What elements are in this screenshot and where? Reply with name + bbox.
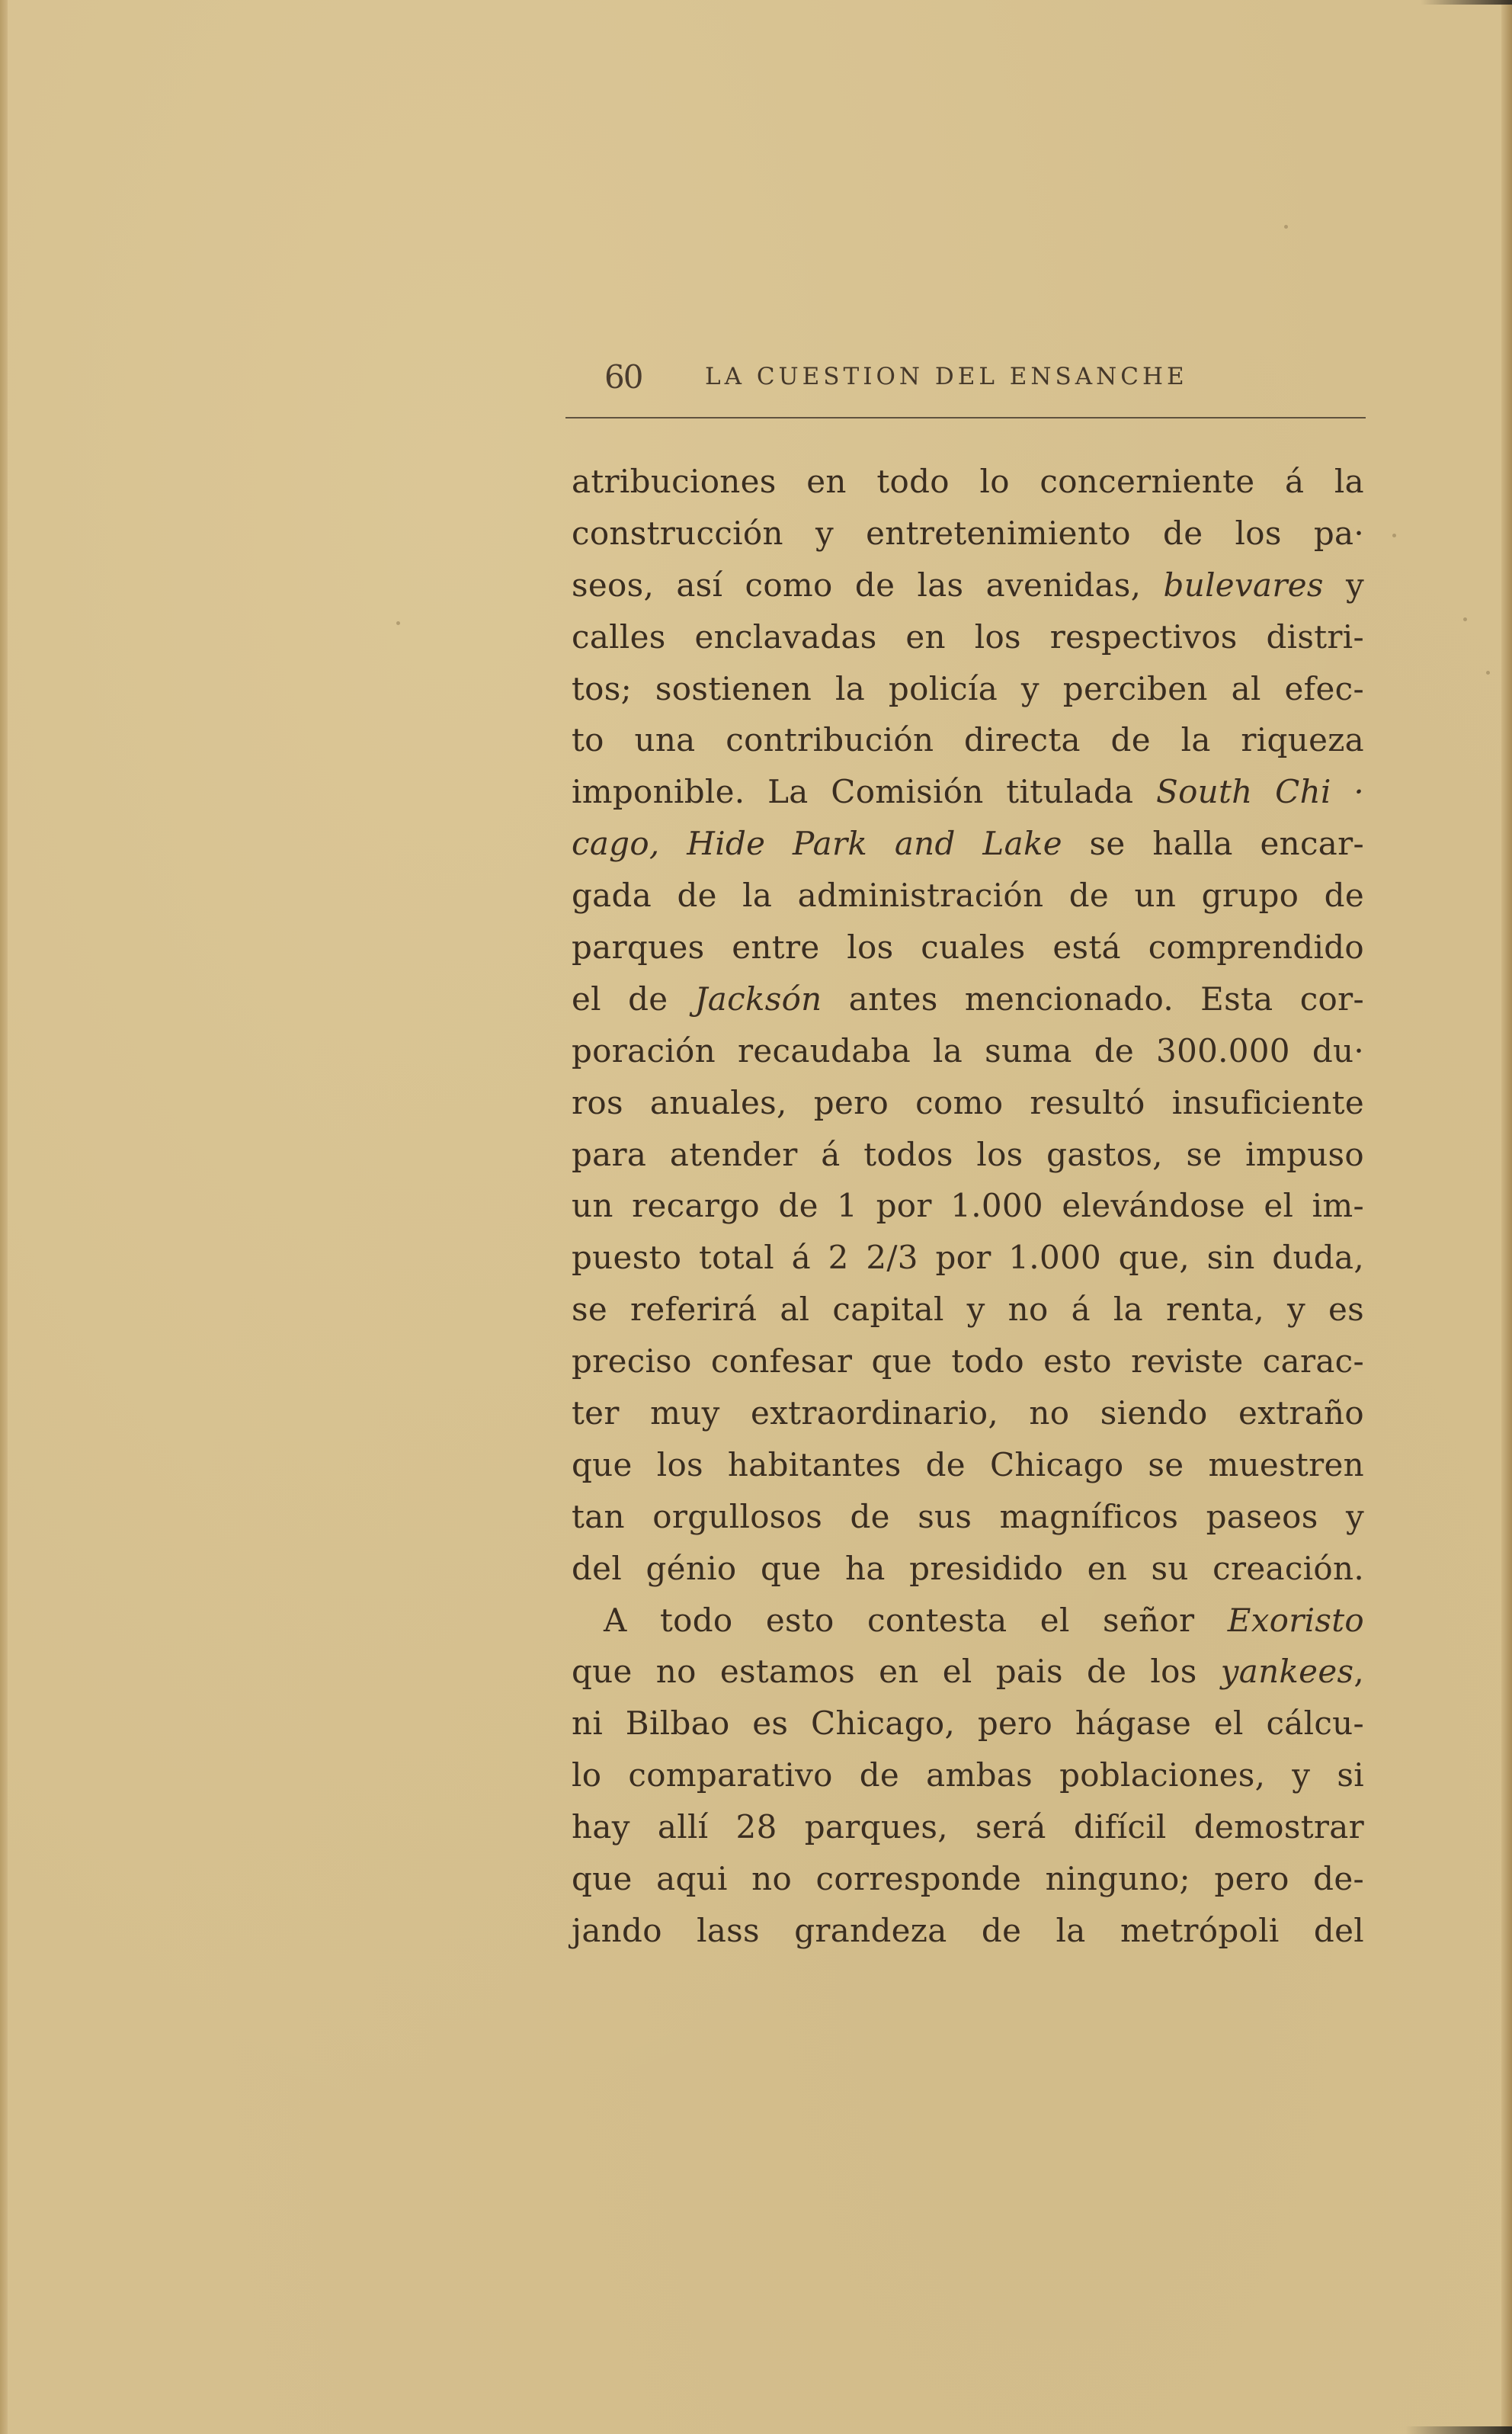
text-segment: tan orgullosos de sus magníficos paseos … <box>572 1498 1364 1535</box>
text-segment: ros anuales, pero como resultó insuficie… <box>572 1084 1364 1121</box>
text-segment: ni Bilbao es Chicago, pero hágase el cál… <box>572 1704 1364 1742</box>
text-segment: para atender á todos los gastos, se impu… <box>572 1136 1364 1173</box>
text-segment: que aqui no corresponde ninguno; pero de… <box>572 1860 1364 1897</box>
text-line: jando lass grandeza de la metrópoli del <box>572 1905 1364 1957</box>
text-segment: el de <box>572 980 695 1018</box>
text-line: tos; sostienen la policía y perciben al … <box>572 663 1364 715</box>
body-text: atribuciones en todo lo concerniente á l… <box>572 456 1364 1957</box>
text-segment: jando lass grandeza de la metrópoli del <box>572 1912 1364 1949</box>
text-line: A todo esto contesta el señor Exoristo <box>572 1595 1364 1647</box>
text-line: un recargo de 1 por 1.000 elevándose el … <box>572 1180 1364 1232</box>
header-rule <box>565 417 1366 418</box>
text-segment: tos; sostienen la policía y perciben al … <box>572 670 1364 707</box>
text-segment: A todo esto contesta el señor <box>604 1602 1228 1639</box>
text-line: tan orgullosos de sus magníficos paseos … <box>572 1491 1364 1543</box>
scan-shadow-bottom <box>1405 2426 1512 2434</box>
text-line: para atender á todos los gastos, se impu… <box>572 1129 1364 1181</box>
text-line: ter muy extraordinario, no siendo extrañ… <box>572 1387 1364 1439</box>
text-line: ros anuales, pero como resultó insuficie… <box>572 1077 1364 1129</box>
running-head-title: LA CUESTION DEL ENSANCHE <box>705 363 1188 390</box>
paper-speck <box>1284 225 1288 229</box>
text-segment: hay allí 28 parques, será difícil demost… <box>572 1808 1364 1846</box>
italic-text: Jacksón <box>695 980 822 1018</box>
text-segment: calles enclavadas en los respectivos dis… <box>572 618 1364 656</box>
text-line: to una contribución directa de la riquez… <box>572 714 1364 766</box>
text-segment: ter muy extraordinario, no siendo extrañ… <box>572 1394 1364 1432</box>
text-line: cago, Hide Park and Lake se halla encar- <box>572 818 1364 870</box>
text-line: preciso confesar que todo esto reviste c… <box>572 1336 1364 1387</box>
text-segment: se halla encar- <box>1062 825 1364 862</box>
text-segment: y <box>1324 566 1364 604</box>
text-segment: seos, así como de las avenidas, <box>572 566 1164 604</box>
italic-text: South Chi · <box>1156 773 1364 810</box>
text-segment: se referirá al capital y no á la renta, … <box>572 1291 1364 1328</box>
text-line: ni Bilbao es Chicago, pero hágase el cál… <box>572 1698 1364 1749</box>
paper-speck <box>1463 617 1467 621</box>
italic-text: yankees <box>1221 1653 1354 1690</box>
text-segment: preciso confesar que todo esto reviste c… <box>572 1342 1364 1380</box>
text-line: seos, así como de las avenidas, bulevare… <box>572 560 1364 611</box>
paper-speck <box>1486 671 1490 675</box>
text-line: que no estamos en el pais de los yankees… <box>572 1646 1364 1698</box>
text-segment: poración recaudaba la suma de 300.000 du… <box>572 1032 1364 1069</box>
running-head: 60 LA CUESTION DEL ENSANCHE <box>604 358 1366 404</box>
text-segment: del génio que ha presidido en su creació… <box>572 1550 1364 1587</box>
paper-speck <box>1392 534 1396 537</box>
text-segment: to una contribución directa de la riquez… <box>572 721 1364 758</box>
text-segment: antes mencionado. Esta cor- <box>822 980 1365 1018</box>
text-line: puesto total á 2 2/3 por 1.000 que, sin … <box>572 1232 1364 1284</box>
text-segment: construcción y entretenimiento de los pa… <box>572 515 1364 552</box>
page-number: 60 <box>604 358 642 396</box>
text-line: construcción y entretenimiento de los pa… <box>572 508 1364 560</box>
text-line: se referirá al capital y no á la renta, … <box>572 1284 1364 1336</box>
paper-speck <box>396 621 400 625</box>
text-segment: parques entre los cuales está comprendid… <box>572 928 1364 966</box>
text-segment: que no estamos en el pais de los <box>572 1653 1221 1690</box>
text-line: parques entre los cuales está comprendid… <box>572 922 1364 973</box>
text-segment: imponible. La Comisión titulada <box>572 773 1156 810</box>
text-line: gada de la administración de un grupo de <box>572 870 1364 922</box>
italic-text: cago, Hide Park and Lake <box>572 825 1062 862</box>
text-segment: , <box>1353 1653 1364 1690</box>
text-segment: que los habitantes de Chicago se muestre… <box>572 1446 1364 1483</box>
text-line: que aqui no corresponde ninguno; pero de… <box>572 1853 1364 1905</box>
page-left-edge <box>0 0 8 2434</box>
italic-text: bulevares <box>1164 566 1324 604</box>
text-segment: atribuciones en todo lo concerniente á l… <box>572 463 1364 500</box>
text-line: del génio que ha presidido en su creació… <box>572 1543 1364 1595</box>
text-line: imponible. La Comisión titulada South Ch… <box>572 766 1364 818</box>
text-line: el de Jacksón antes mencionado. Esta cor… <box>572 973 1364 1025</box>
text-line: poración recaudaba la suma de 300.000 du… <box>572 1025 1364 1077</box>
text-line: lo comparativo de ambas poblaciones, y s… <box>572 1749 1364 1801</box>
text-line: atribuciones en todo lo concerniente á l… <box>572 456 1364 508</box>
text-line: que los habitantes de Chicago se muestre… <box>572 1439 1364 1491</box>
text-segment: gada de la administración de un grupo de <box>572 877 1364 914</box>
text-line: hay allí 28 parques, será difícil demost… <box>572 1801 1364 1853</box>
scan-shadow-top <box>1421 0 1512 5</box>
page-right-edge <box>1501 0 1512 2434</box>
text-segment: un recargo de 1 por 1.000 elevándose el … <box>572 1187 1364 1224</box>
text-segment: puesto total á 2 2/3 por 1.000 que, sin … <box>572 1239 1364 1276</box>
italic-text: Exoristo <box>1228 1602 1364 1639</box>
text-line: calles enclavadas en los respectivos dis… <box>572 611 1364 663</box>
text-segment: lo comparativo de ambas poblaciones, y s… <box>572 1756 1364 1794</box>
